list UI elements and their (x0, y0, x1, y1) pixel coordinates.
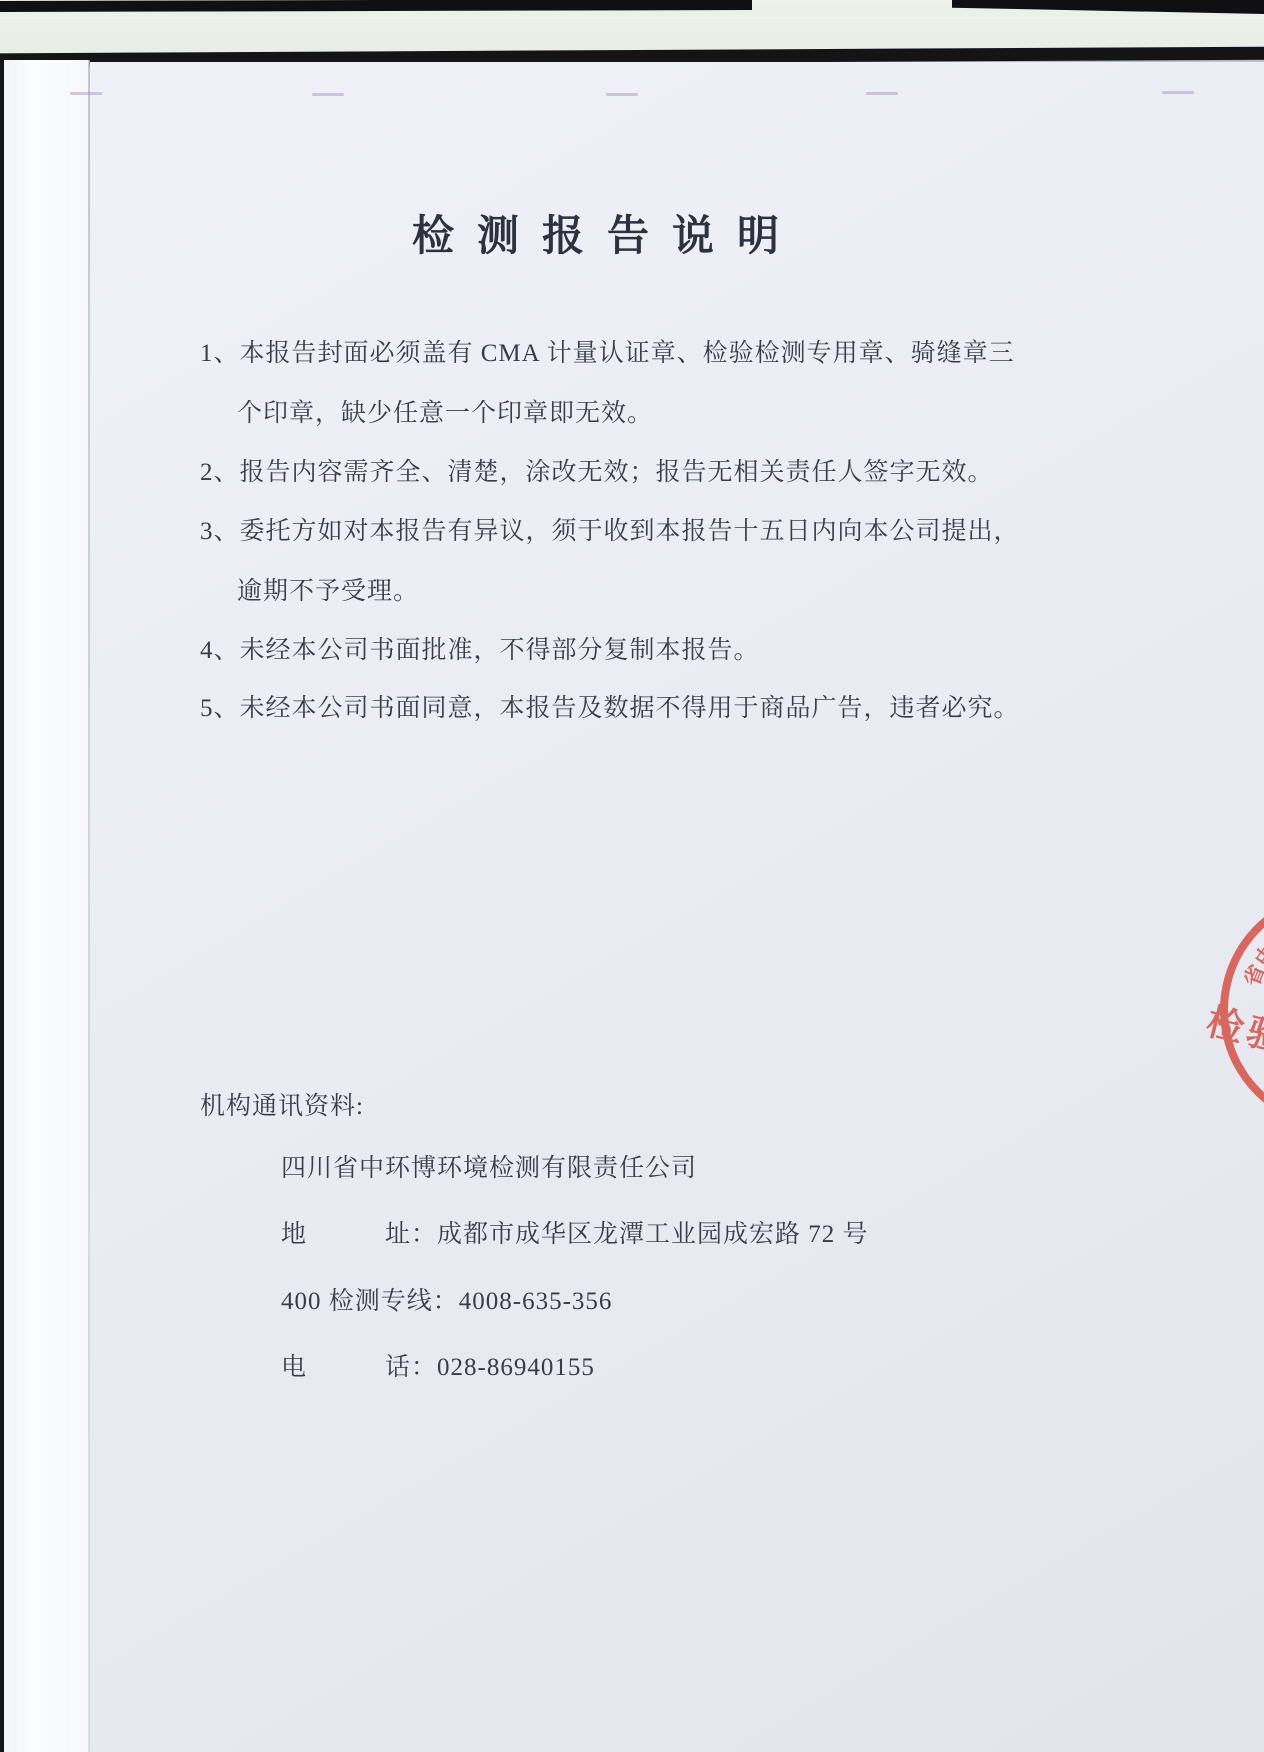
report-note-line: 2、报告内容需齐全、清楚，涂改无效；报告无相关责任人签字无效。 (200, 452, 994, 488)
scan-artifact-dash (1162, 91, 1194, 94)
report-note-line: 个印章，缺少任意一个印章即无效。 (237, 393, 653, 429)
scan-artifact-dash (606, 93, 638, 96)
report-note-line: 4、未经本公司书面批准，不得部分复制本报告。 (200, 630, 760, 666)
page-title: 检测报告说明 (412, 203, 802, 263)
paper-edge-strip (4, 60, 89, 1752)
contact-phone: 电 话：028-86940155 (281, 1347, 595, 1383)
report-note-line: 5、未经本公司书面同意，本报告及数据不得用于商品广告，违者必究。 (200, 688, 1020, 724)
contact-hotline: 400 检测专线：4008-635-356 (281, 1281, 612, 1317)
report-note-line: 逾期不予受理。 (237, 571, 419, 607)
report-note-line: 3、委托方如对本报告有异议，须于收到本报告十五日内向本公司提出， (200, 511, 1020, 547)
scan-edge-mark-left (0, 0, 752, 12)
red-seal-svg: 省 中 环 博 检验 (1190, 860, 1264, 1180)
red-seal-stamp: 省 中 环 博 检验 (1190, 860, 1264, 1180)
document-page (90, 62, 1264, 1752)
scan-artifact-dash (866, 92, 898, 95)
contact-heading: 机构通讯资料: (200, 1086, 364, 1122)
contact-company: 四川省中环博环境检测有限责任公司 (281, 1148, 697, 1184)
scan-artifact-dash (312, 93, 344, 96)
scan-artifact-dash (70, 92, 102, 95)
report-note-line: 1、本报告封面必须盖有 CMA 计量认证章、检验检测专用章、骑缝章三 (200, 333, 1015, 369)
contact-address: 地 址：成都市成华区龙潭工业园成宏路 72 号 (281, 1214, 869, 1250)
